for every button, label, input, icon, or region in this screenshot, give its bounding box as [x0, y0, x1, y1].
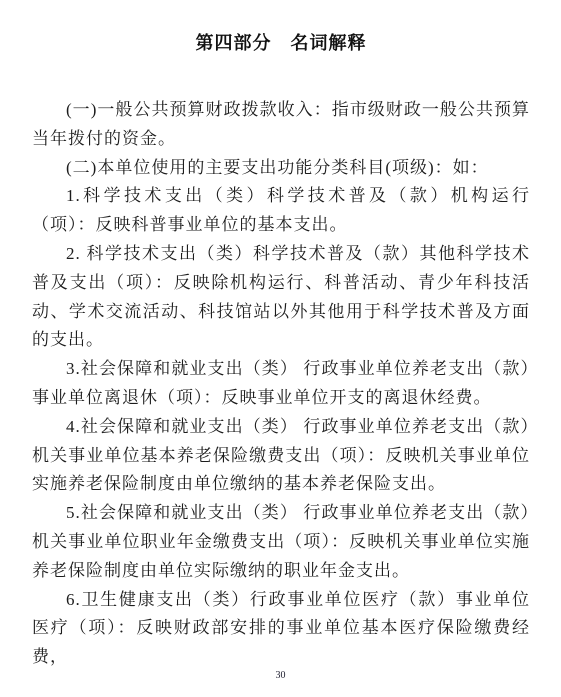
- document-page: 第四部分 名词解释 (一)一般公共预算财政拨款收入：指市级财政一般公共预算当年拨…: [0, 0, 561, 697]
- document-body: (一)一般公共预算财政拨款收入：指市级财政一般公共预算当年拨付的资金。 (二)本…: [32, 96, 530, 672]
- paragraph-expense-categories-intro: (二)本单位使用的主要支出功能分类科目(项级)：如：: [32, 154, 530, 183]
- paragraph-item-3-retirement: 3.社会保障和就业支出（类） 行政事业单位养老支出（款）事业单位离退休（项）：反…: [32, 355, 530, 413]
- paragraph-item-6-medical: 6.卫生健康支出（类）行政事业单位医疗（款）事业单位医疗（项）：反映财政部安排的…: [32, 586, 530, 672]
- page-number: 30: [0, 670, 561, 681]
- paragraph-item-2-science-other: 2. 科学技术支出（类）科学技术普及（款）其他科学技术普及支出（项）：反映除机构…: [32, 240, 530, 355]
- paragraph-item-1-science-operation: 1.科学技术支出（类）科学技术普及（款）机构运行（项）：反映科普事业单位的基本支…: [32, 182, 530, 240]
- paragraph-item-5-annuity: 5.社会保障和就业支出（类） 行政事业单位养老支出（款）机关事业单位职业年金缴费…: [32, 499, 530, 585]
- paragraph-item-4-basic-pension: 4.社会保障和就业支出（类） 行政事业单位养老支出（款）机关事业单位基本养老保险…: [32, 413, 530, 499]
- page-title: 第四部分 名词解释: [32, 30, 530, 56]
- paragraph-general-budget-income: (一)一般公共预算财政拨款收入：指市级财政一般公共预算当年拨付的资金。: [32, 96, 530, 154]
